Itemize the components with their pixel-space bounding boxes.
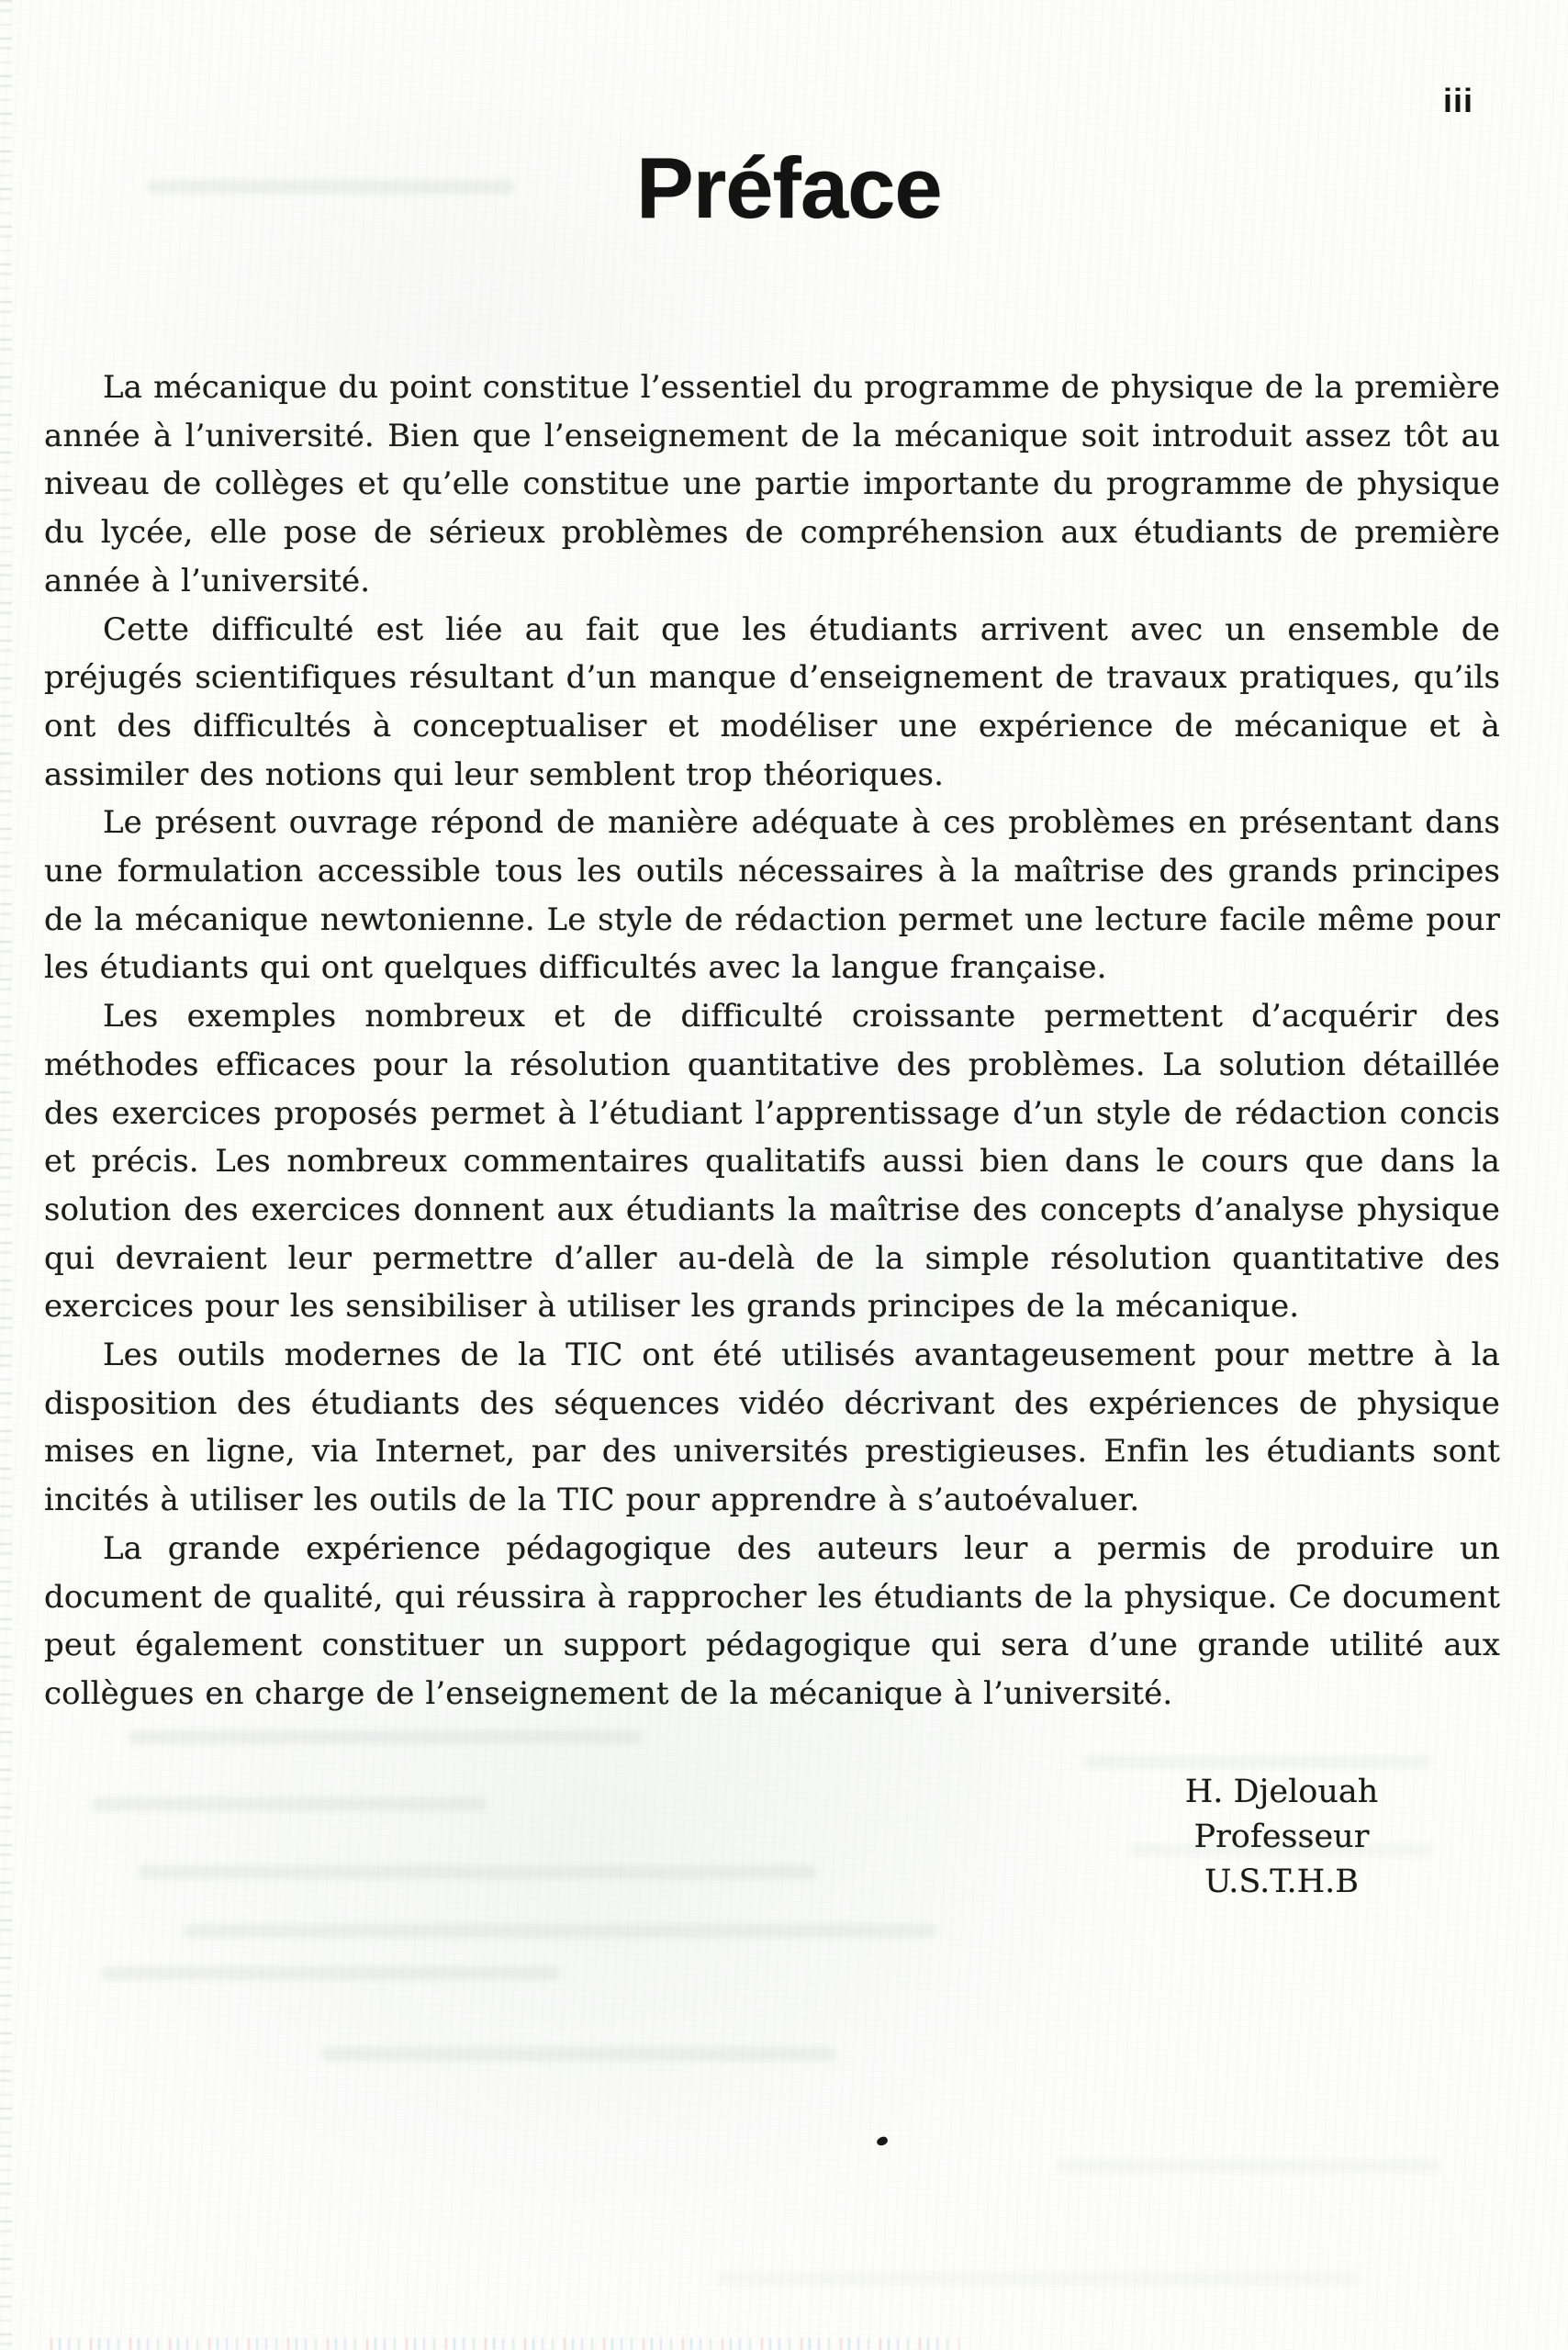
preface-body: La mécanique du point constitue l’essent… <box>44 364 1500 1718</box>
scan-artifact <box>1056 2159 1441 2173</box>
paragraph-2: Cette difficulté est liée au fait que le… <box>44 606 1500 800</box>
page-title: Préface <box>636 145 942 231</box>
paragraph-5: Les outils modernes de la TIC ont été ut… <box>44 1331 1500 1525</box>
signature-title: Professeur <box>1144 1815 1419 1860</box>
scan-artifact <box>716 2272 1359 2286</box>
paragraph-1: La mécanique du point constitue l’essent… <box>44 364 1500 606</box>
ink-dot-artifact <box>876 2135 889 2146</box>
paragraph-6: La grande expérience pédagogique des aut… <box>44 1525 1500 1718</box>
scan-artifact <box>129 1730 643 1744</box>
scan-edge-bottom <box>50 2338 959 2350</box>
scan-artifact <box>101 1966 560 1980</box>
signature-institution: U.S.T.H.B <box>1144 1860 1419 1905</box>
scan-artifact <box>1083 1755 1432 1769</box>
page-number: iii <box>1443 84 1473 117</box>
scan-artifact <box>92 1797 487 1811</box>
scan-artifact <box>184 1924 936 1938</box>
scan-edge-left <box>0 0 12 2350</box>
scan-artifact <box>147 180 514 194</box>
paragraph-3: Le présent ouvrage répond de manière adé… <box>44 799 1500 992</box>
signature-name: H. Djelouah <box>1144 1770 1419 1815</box>
scanned-book-page: iii Préface La mécanique du point consti… <box>0 0 1568 2350</box>
scan-artifact <box>321 2047 835 2061</box>
paragraph-4: Les exemples nombreux et de difficulté c… <box>44 992 1500 1331</box>
scan-artifact <box>138 1865 817 1879</box>
signature-block: H. Djelouah Professeur U.S.T.H.B <box>1144 1770 1419 1905</box>
